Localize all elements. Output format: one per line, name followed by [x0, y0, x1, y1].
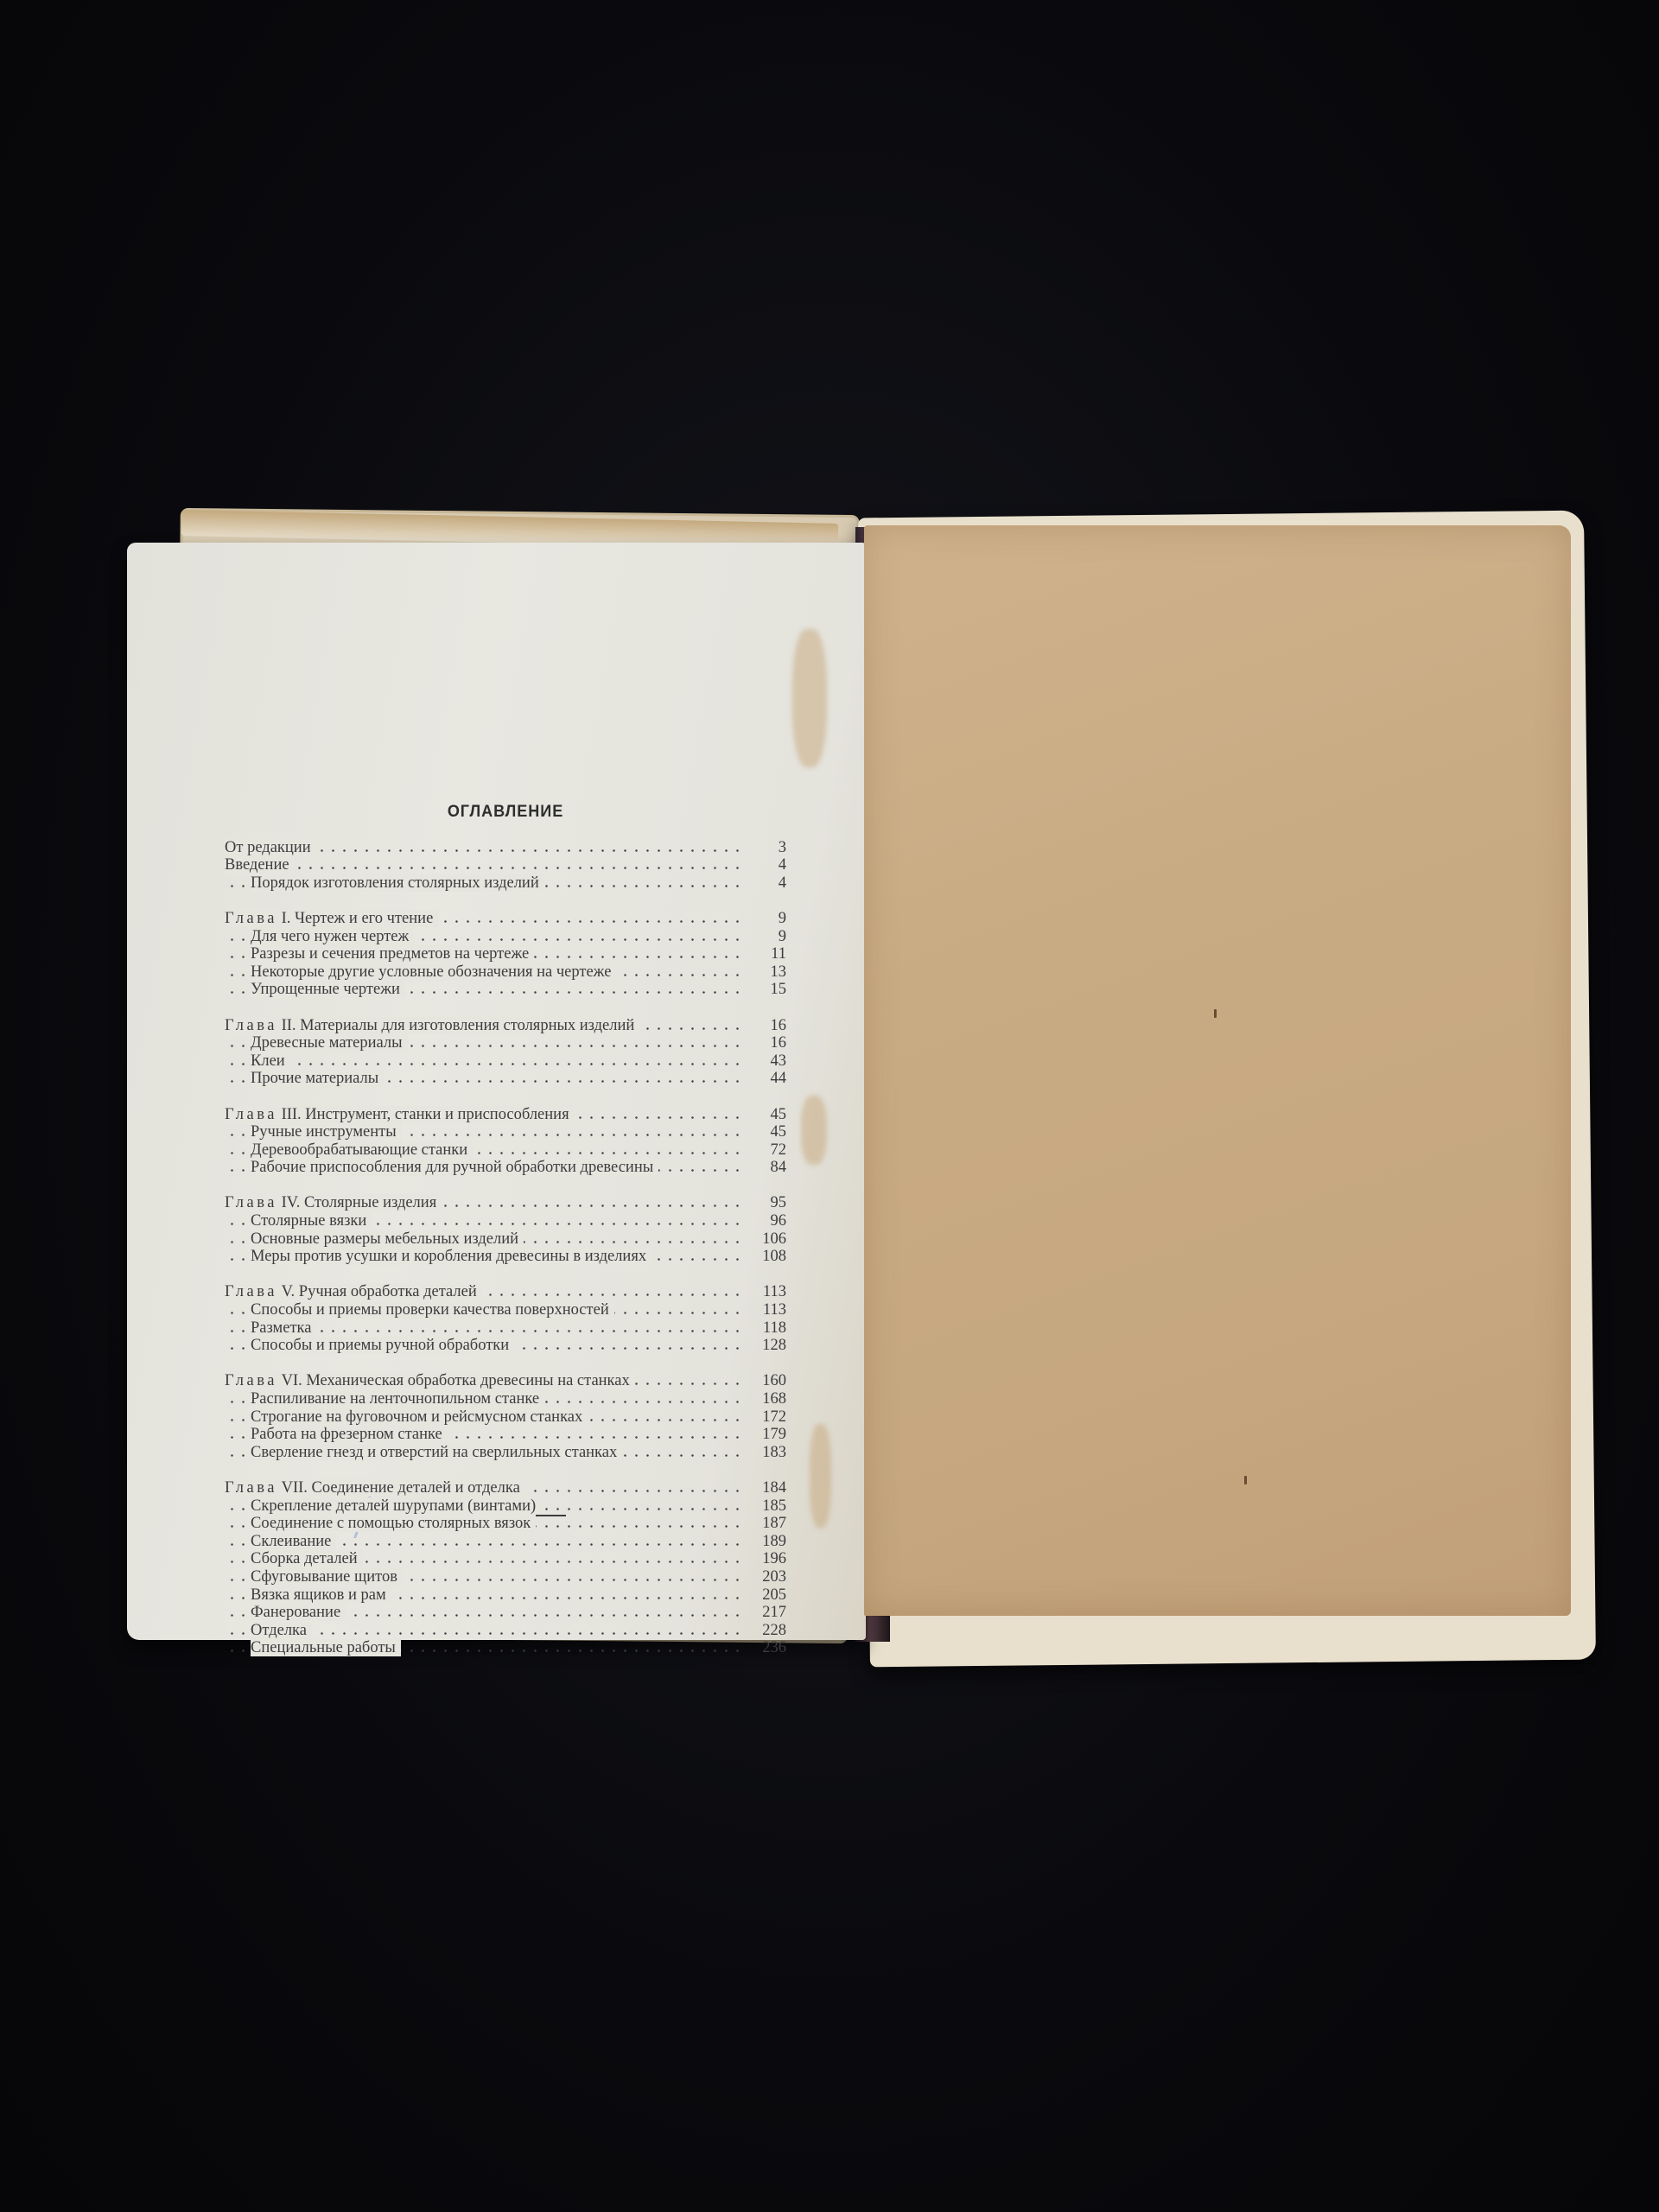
- stain: [792, 629, 827, 767]
- toc-entry: Введение4: [225, 856, 786, 874]
- toc-chapter-entry: Глава V. Ручная обработка деталей113: [225, 1283, 786, 1301]
- chapter-prefix: Глава: [225, 1479, 277, 1497]
- toc-chapter-entry: Глава VII. Соединение деталей и отделка1…: [225, 1479, 786, 1497]
- toc-gap: [225, 999, 786, 1017]
- leader-dots: [225, 1063, 743, 1065]
- toc-entry: Скрепление деталей шурупами (винтами)185: [225, 1497, 786, 1516]
- toc-entry: Вязка ящиков и рам205: [225, 1586, 786, 1605]
- toc-entry-label: Прочие материалы: [251, 1070, 384, 1087]
- toc-page-number: 160: [748, 1372, 786, 1390]
- toc-entry: Фанерование217: [225, 1604, 786, 1622]
- toc-entry-label: Разрезы и сечения предметов на чертеже: [251, 945, 534, 963]
- toc-entry: Упрощенные чертежи15: [225, 981, 786, 999]
- toc-page-number: 16: [748, 1017, 786, 1035]
- toc-page-number: 44: [748, 1070, 786, 1088]
- toc-page-number: 108: [748, 1248, 786, 1266]
- toc-chapter-entry: Глава VI. Механическая обработка древеси…: [225, 1372, 786, 1390]
- speck: [1244, 1476, 1247, 1484]
- toc-entry-label: Вязка ящиков и рам: [251, 1586, 391, 1604]
- leader-dots: [225, 867, 743, 869]
- toc-entry-label: Сверление гнезд и отверстий на сверлильн…: [251, 1444, 622, 1461]
- toc-entry-label: Разметка: [251, 1319, 316, 1337]
- toc-gap: [225, 1088, 786, 1106]
- chapter-title: IV. Столярные изделия: [282, 1194, 437, 1211]
- toc-page-number: 189: [748, 1533, 786, 1551]
- toc-chapter-entry: Глава II. Материалы для изготовления сто…: [225, 1017, 786, 1035]
- toc-page-number: 113: [748, 1301, 786, 1319]
- toc-page-number: 4: [748, 874, 786, 893]
- toc-entry-label: Отделка: [251, 1622, 312, 1639]
- chapter-title: V. Ручная обработка деталей: [282, 1283, 477, 1300]
- toc-entry-label: Упрощенные чертежи: [251, 981, 405, 998]
- toc-entry-label: Распиливание на ленточнопильном станке: [251, 1390, 544, 1408]
- toc-page-number: 168: [748, 1390, 786, 1408]
- toc-entry: Рабочие приспособления для ручной обрабо…: [225, 1159, 786, 1177]
- toc-page-number: 45: [748, 1123, 786, 1141]
- toc-page-number: 15: [748, 981, 786, 999]
- chapter-prefix: Глава: [225, 1372, 277, 1389]
- toc-entry-label: Клеи: [251, 1052, 290, 1070]
- toc-entry: Клеи43: [225, 1052, 786, 1071]
- toc-entry-label: Соединение с помощью столярных вязок: [251, 1515, 536, 1532]
- toc-page-number: 3: [748, 839, 786, 857]
- toc-entry-label: Работа на фрезерном станке: [251, 1426, 448, 1443]
- toc-entry-label: Основные размеры мебельных изделий: [251, 1230, 524, 1248]
- toc-title: ОГЛАВЛЕНИЕ: [238, 804, 772, 822]
- toc-page-number: 184: [748, 1479, 786, 1497]
- toc-page-number: 128: [748, 1337, 786, 1355]
- toc-entry-label: Некоторые другие условные обозначения на…: [251, 963, 616, 981]
- chapter-prefix: Глава: [225, 1283, 277, 1300]
- toc-entry-label: Для чего нужен чертеж: [251, 928, 414, 945]
- right-page-endpaper: [864, 525, 1571, 1616]
- toc-entry-label: Специальные работы: [251, 1639, 401, 1656]
- toc-gap: [225, 1355, 786, 1373]
- toc-entry: Меры против усушки и коробления древесин…: [225, 1248, 786, 1266]
- toc-chapter-entry: Глава IV. Столярные изделия95: [225, 1194, 786, 1212]
- toc-entry-label: Столярные вязки: [251, 1212, 372, 1230]
- toc-entry: Специальные работы236: [225, 1639, 786, 1657]
- toc-entry: Сфуговывание щитов203: [225, 1568, 786, 1586]
- toc-entry: Склеивание189: [225, 1533, 786, 1551]
- toc-page-number: 9: [748, 928, 786, 946]
- toc-page-number: 172: [748, 1408, 786, 1427]
- toc-entry: Соединение с помощью столярных вязок187: [225, 1515, 786, 1533]
- toc-page-number: 236: [748, 1639, 786, 1657]
- chapter-prefix: Глава: [225, 1017, 277, 1034]
- open-book: ОГЛАВЛЕНИЕ От редакции3Введение4Порядок …: [0, 0, 1659, 2212]
- toc-gap: [225, 1266, 786, 1284]
- toc-entry-label: Скрепление деталей шурупами (винтами): [251, 1497, 541, 1515]
- chapter-title: VII. Соединение деталей и отделка: [282, 1479, 520, 1497]
- toc-entry-label: Способы и приемы ручной обработки: [251, 1337, 514, 1354]
- toc-page-number: 203: [748, 1568, 786, 1586]
- toc-entry: Разметка118: [225, 1319, 786, 1338]
- toc-entry-label: Глава III. Инструмент, станки и приспосо…: [225, 1106, 575, 1123]
- toc-page-number: 96: [748, 1212, 786, 1230]
- toc-entry: От редакции3: [225, 839, 786, 857]
- chapter-prefix: Глава: [225, 1106, 277, 1123]
- toc-page-number: 106: [748, 1230, 786, 1249]
- toc-page-number: 11: [748, 945, 786, 963]
- toc-gap: [225, 892, 786, 910]
- speck: [1214, 1009, 1217, 1018]
- toc-entry: Древесные материалы16: [225, 1034, 786, 1052]
- toc-entry-label: Глава I. Чертеж и его чтение: [225, 910, 438, 927]
- toc-entry-label: Меры против усушки и коробления древесин…: [251, 1248, 652, 1265]
- toc-entry-label: Глава VI. Механическая обработка древеси…: [225, 1372, 635, 1389]
- toc-entry: Столярные вязки96: [225, 1212, 786, 1230]
- toc-page-number: 179: [748, 1426, 786, 1444]
- toc-page-number: 16: [748, 1034, 786, 1052]
- table-of-contents: ОГЛАВЛЕНИЕ От редакции3Введение4Порядок …: [225, 804, 786, 1657]
- toc-entry-label: Способы и приемы проверки качества повер…: [251, 1301, 614, 1319]
- toc-entry-label: Древесные материалы: [251, 1034, 408, 1052]
- toc-entry: Работа на фрезерном станке179: [225, 1426, 786, 1444]
- toc-entry: Прочие материалы44: [225, 1070, 786, 1088]
- toc-page-number: 95: [748, 1194, 786, 1212]
- toc-page-number: 187: [748, 1515, 786, 1533]
- toc-entry-label: От редакции: [225, 839, 316, 856]
- chapter-title: II. Материалы для изготовления столярных…: [282, 1017, 635, 1034]
- toc-chapter-entry: Глава I. Чертеж и его чтение9: [225, 910, 786, 928]
- toc-entry-label: Фанерование: [251, 1604, 346, 1621]
- toc-entry-label: Ручные инструменты: [251, 1123, 402, 1141]
- toc-entry: Отделка228: [225, 1622, 786, 1640]
- toc-entry: Некоторые другие условные обозначения на…: [225, 963, 786, 982]
- toc-page-number: 84: [748, 1159, 786, 1177]
- toc-entry: Сборка деталей196: [225, 1550, 786, 1568]
- toc-list: От редакции3Введение4Порядок изготовлени…: [225, 839, 786, 1657]
- toc-entry: Для чего нужен чертеж9: [225, 928, 786, 946]
- toc-chapter-entry: Глава III. Инструмент, станки и приспосо…: [225, 1106, 786, 1124]
- toc-entry-label: Сфуговывание щитов: [251, 1568, 403, 1586]
- toc-gap: [225, 1461, 786, 1479]
- toc-page-number: 4: [748, 856, 786, 874]
- chapter-title: VI. Механическая обработка древесины на …: [282, 1372, 630, 1389]
- toc-entry: Способы и приемы проверки качества повер…: [225, 1301, 786, 1319]
- toc-entry-label: Сборка деталей: [251, 1550, 363, 1567]
- toc-entry-label: Введение: [225, 856, 295, 874]
- toc-entry-label: Глава IV. Столярные изделия: [225, 1194, 442, 1211]
- toc-entry-label: Глава II. Материалы для изготовления сто…: [225, 1017, 639, 1034]
- toc-page-number: 45: [748, 1106, 786, 1124]
- toc-page-number: 185: [748, 1497, 786, 1516]
- toc-page-number: 118: [748, 1319, 786, 1338]
- toc-entry-label: Склеивание: [251, 1533, 336, 1550]
- toc-page-number: 228: [748, 1622, 786, 1640]
- toc-page-number: 72: [748, 1141, 786, 1160]
- chapter-title: I. Чертеж и его чтение: [282, 910, 434, 927]
- toc-page-number: 13: [748, 963, 786, 982]
- toc-page-number: 205: [748, 1586, 786, 1605]
- toc-entry: Основные размеры мебельных изделий106: [225, 1230, 786, 1249]
- chapter-prefix: Глава: [225, 910, 277, 927]
- toc-entry: Ручные инструменты45: [225, 1123, 786, 1141]
- chapter-title: III. Инструмент, станки и приспособления: [282, 1106, 569, 1123]
- toc-entry: Способы и приемы ручной обработки128: [225, 1337, 786, 1355]
- toc-page-number: 217: [748, 1604, 786, 1622]
- toc-entry: Распиливание на ленточнопильном станке16…: [225, 1390, 786, 1408]
- toc-entry: Сверление гнезд и отверстий на сверлильн…: [225, 1444, 786, 1462]
- chapter-prefix: Глава: [225, 1194, 277, 1211]
- stain: [801, 1096, 827, 1165]
- toc-page-number: 113: [748, 1283, 786, 1301]
- toc-entry-label: Глава VII. Соединение деталей и отделка: [225, 1479, 525, 1497]
- toc-entry-label: Рабочие приспособления для ручной обрабо…: [251, 1159, 658, 1176]
- toc-gap: [225, 1177, 786, 1195]
- toc-entry: Порядок изготовления столярных изделий4: [225, 874, 786, 893]
- toc-entry-label: Деревообрабатывающие станки: [251, 1141, 473, 1159]
- toc-entry-label: Порядок изготовления столярных изделий: [251, 874, 544, 892]
- toc-page-number: 9: [748, 910, 786, 928]
- toc-entry-label: Глава V. Ручная обработка деталей: [225, 1283, 482, 1300]
- toc-page-number: 183: [748, 1444, 786, 1462]
- toc-entry: Строгание на фуговочном и рейсмусном ста…: [225, 1408, 786, 1427]
- toc-page-number: 43: [748, 1052, 786, 1071]
- toc-entry-label: Строгание на фуговочном и рейсмусном ста…: [251, 1408, 588, 1426]
- toc-page-number: 196: [748, 1550, 786, 1568]
- stain: [810, 1424, 831, 1528]
- toc-entry: Деревообрабатывающие станки72: [225, 1141, 786, 1160]
- toc-entry: Разрезы и сечения предметов на чертеже11: [225, 945, 786, 963]
